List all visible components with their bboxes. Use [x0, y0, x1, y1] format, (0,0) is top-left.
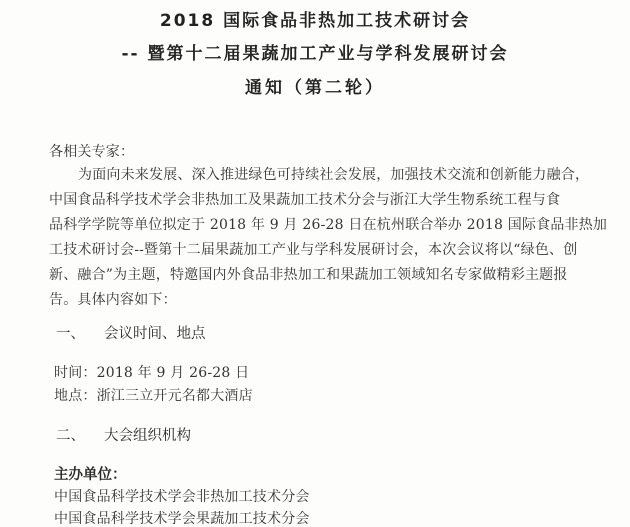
document-title-line3: 通知（第二轮）: [0, 73, 630, 98]
meeting-place: 地点：浙江三立开元名都大酒店: [54, 385, 253, 405]
section1-number: 一、: [56, 322, 85, 343]
section2-title: 大会组织机构: [104, 424, 191, 445]
intro-line: 工技术研讨会--暨第十二届果蔬加工产业与学科发展研讨会，本次会议将以“绿色、创: [49, 239, 577, 259]
organizer-item: 中国食品科学技术学会非热加工技术分会: [54, 486, 310, 506]
intro-line: 品科学学院等单位拟定于 2018 年 9 月 26-28 日在杭州联合举办 20…: [49, 214, 607, 234]
meeting-time: 时间：2018 年 9 月 26-28 日: [54, 362, 249, 382]
document-title-line1: 2018 国际食品非热加工技术研讨会: [0, 6, 630, 31]
intro-line: 告。具体内容如下：: [49, 289, 177, 309]
intro-line: 新、融合”为主题，特邀国内外食品非热加工和果蔬加工领域知名专家做精彩主题报: [49, 264, 568, 284]
intro-line: 为面向未来发展、深入推进绿色可持续社会发展，加强技术交流和创新能力融合，: [78, 164, 589, 184]
intro-line: 中国食品科学技术学会非热加工及果蔬加工技术分会与浙江大学生物系统工程与食: [49, 189, 560, 209]
organizer-label: 主办单位：: [54, 463, 127, 484]
organizer-item: 中国食品科学技术学会果蔬加工技术分会: [54, 508, 310, 527]
salutation: 各相关专家：: [49, 141, 134, 161]
section1-title: 会议时间、地点: [104, 322, 206, 343]
section2-number: 二、: [56, 424, 85, 445]
document-title-line2: -- 暨第十二届果蔬加工产业与学科发展研讨会: [0, 39, 630, 64]
